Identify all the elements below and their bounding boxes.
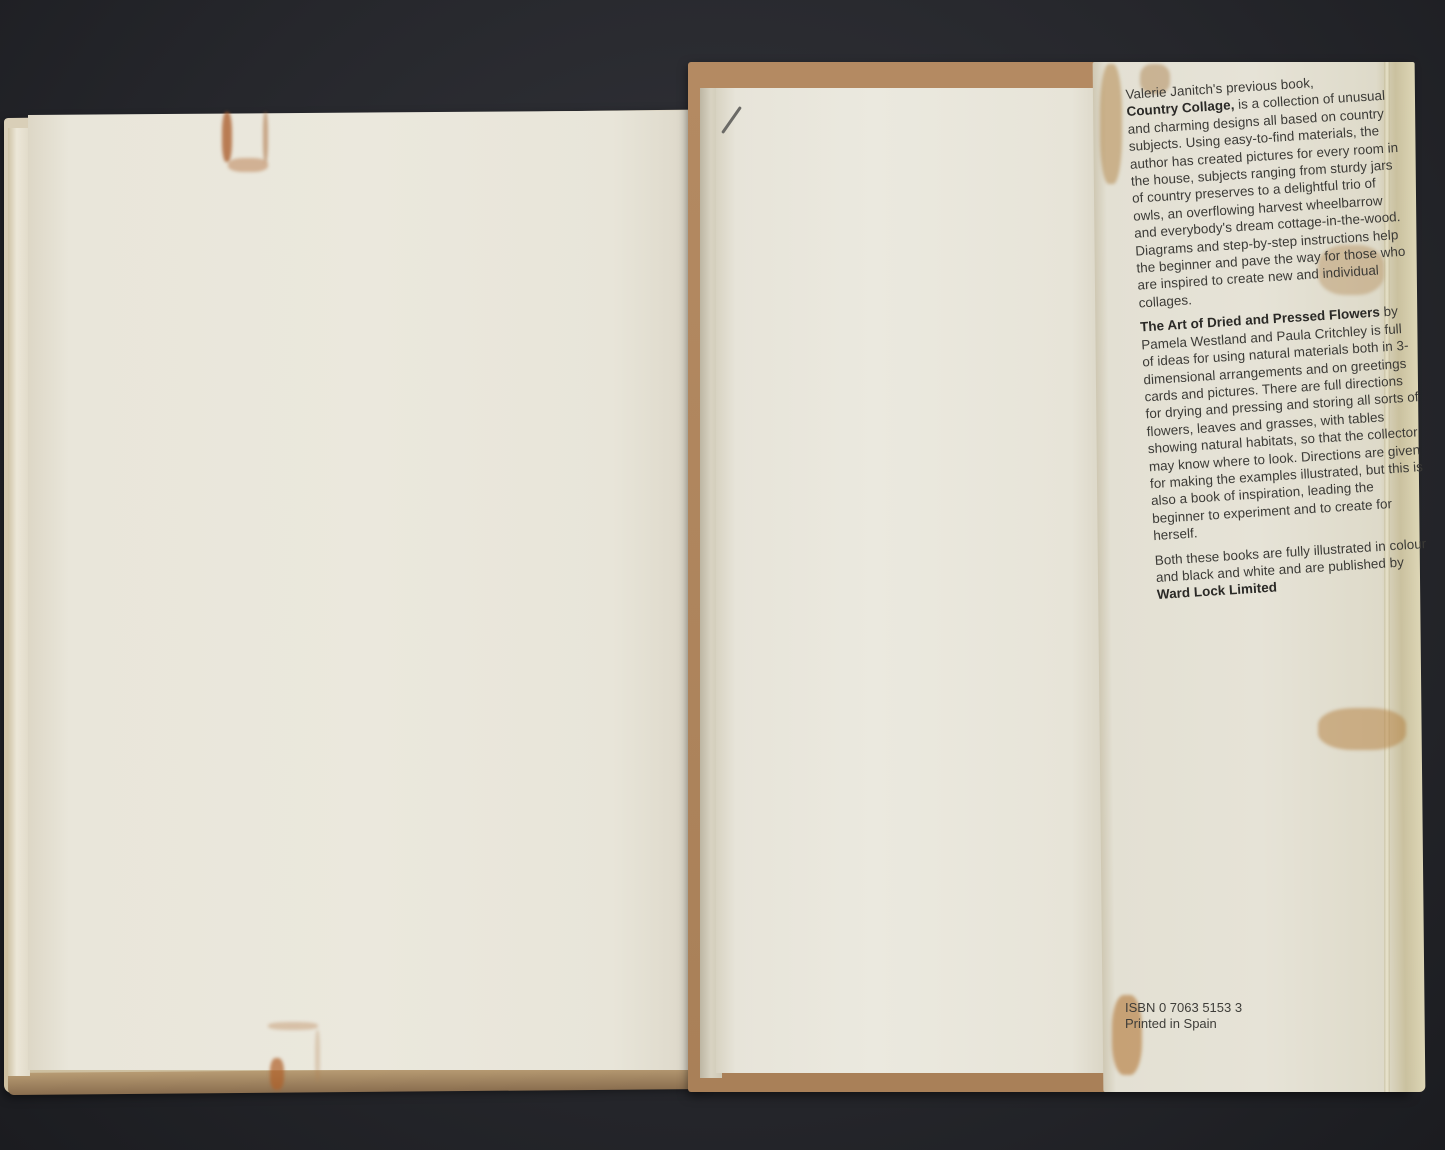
board-bottom-edge [8,1067,708,1095]
tape-stain [263,112,268,162]
tape-stain [270,1058,284,1090]
tape-stain [315,1030,320,1082]
blurb-dried-pressed-flowers: The Art of Dried and Pressed Flowers by … [1140,302,1429,545]
blurb-publisher: Both these books are fully illustrated i… [1154,534,1432,603]
left-endpaper [28,110,716,1070]
tape-stain [1318,708,1406,750]
tape-stain [228,158,268,172]
isbn-number: ISBN 0 7063 5153 3 [1125,1000,1242,1016]
isbn-block: ISBN 0 7063 5153 3 Printed in Spain [1125,1000,1242,1032]
left-jacket-flap-edge [8,128,30,1076]
right-endpaper [716,88,1111,1073]
printed-in: Printed in Spain [1125,1016,1242,1032]
tape-stain [268,1022,318,1030]
blurb-country-collage: Valerie Janitch's previous book, Country… [1125,69,1414,312]
tape-stain [222,112,232,162]
jacket-flap-blurb: Valerie Janitch's previous book, Country… [1125,69,1432,611]
tape-stain [1100,64,1122,184]
